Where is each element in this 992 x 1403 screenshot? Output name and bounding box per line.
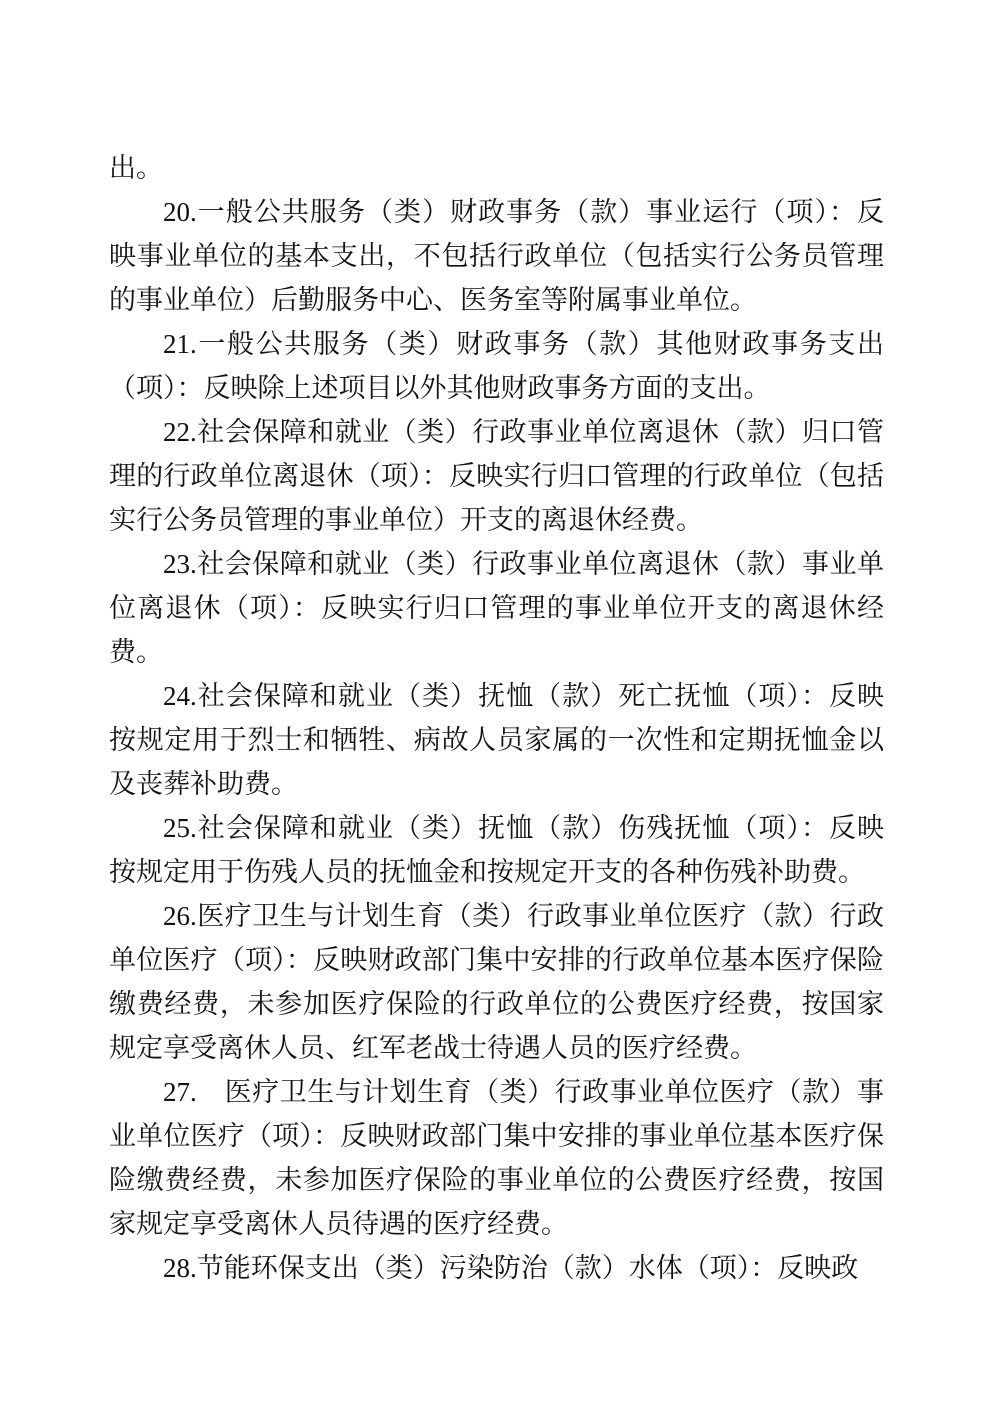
- paragraph-item-27: 27. 医疗卫生与计划生育（类）行政事业单位医疗（款）事业单位医疗（项）：反映财…: [109, 1070, 884, 1246]
- paragraph-item-23: 23.社会保障和就业（类）行政事业单位离退休（款）事业单位离退休（项）：反映实行…: [109, 542, 884, 674]
- paragraph-item-28: 28.节能环保支出（类）污染防治（款）水体（项）：反映政: [109, 1246, 884, 1290]
- paragraph-item-24: 24.社会保障和就业（类）抚恤（款）死亡抚恤（项）：反映按规定用于烈士和牺牲、病…: [109, 674, 884, 806]
- paragraph-item-22: 22.社会保障和就业（类）行政事业单位离退休（款）归口管理的行政单位离退休（项）…: [109, 410, 884, 542]
- paragraph-item-21: 21.一般公共服务（类）财政事务（款）其他财政事务支出（项）：反映除上述项目以外…: [109, 322, 884, 410]
- document-page: 出。 20.一般公共服务（类）财政事务（款）事业运行（项）：反映事业单位的基本支…: [0, 0, 992, 1403]
- paragraph-continuation: 出。: [109, 146, 884, 190]
- paragraph-item-25: 25.社会保障和就业（类）抚恤（款）伤残抚恤（项）：反映按规定用于伤残人员的抚恤…: [109, 806, 884, 894]
- paragraph-item-26: 26.医疗卫生与计划生育（类）行政事业单位医疗（款）行政单位医疗（项）：反映财政…: [109, 894, 884, 1070]
- document-body-text: 出。 20.一般公共服务（类）财政事务（款）事业运行（项）：反映事业单位的基本支…: [109, 146, 884, 1290]
- paragraph-item-20: 20.一般公共服务（类）财政事务（款）事业运行（项）：反映事业单位的基本支出，不…: [109, 190, 884, 322]
